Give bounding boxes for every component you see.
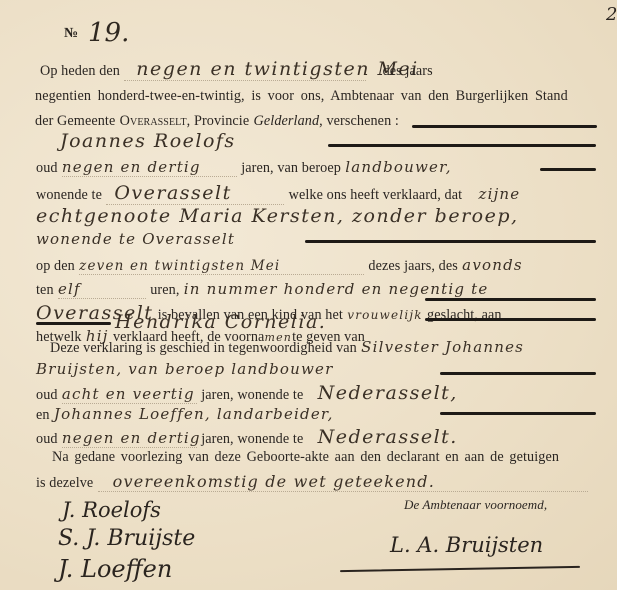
printed-text: Op heden den bbox=[40, 63, 120, 79]
handwritten-text: zijne bbox=[478, 185, 520, 203]
corner-mark: 2 bbox=[606, 4, 617, 25]
text-line-14: Deze verklaring is geschied in tegenwoor… bbox=[50, 338, 524, 357]
fill-rule bbox=[540, 168, 596, 171]
text-line-19: Na gedane voorlezing van deze Geboorte-a… bbox=[52, 449, 559, 466]
text-line-2: negentien honderd-twee-en-twintig, is vo… bbox=[35, 88, 568, 105]
mother-handwritten: echtgenoote Maria Kersten, zonder beroep… bbox=[36, 205, 519, 227]
printed-text: en bbox=[36, 407, 50, 423]
printed-text: oud bbox=[36, 160, 58, 176]
fill-rule bbox=[425, 318, 596, 321]
text-line-6: wonende te Overasselt welke ons heeft ve… bbox=[36, 182, 520, 205]
printed-text: jaren, van beroep bbox=[241, 160, 341, 176]
printed-text: oud bbox=[36, 431, 58, 447]
signature-witness1: S. J. Bruijste bbox=[58, 526, 195, 551]
witness2-residence: Nederasselt. bbox=[318, 426, 458, 448]
act-number: 19. bbox=[88, 18, 129, 48]
witness1-residence: Nederasselt, bbox=[318, 382, 458, 404]
fill-rule bbox=[440, 412, 596, 415]
text-line-8: wonende te Overasselt bbox=[36, 230, 235, 248]
text-line-1: Op heden den negen en twintigsten Mei de… bbox=[40, 58, 433, 81]
signature-witness2: J. Loeffen bbox=[58, 555, 172, 583]
text-line-20: is dezelve overeenkomstig de wet geteeke… bbox=[36, 472, 588, 492]
declarant-name: Joannes Roelofs bbox=[60, 130, 236, 152]
printed-text: dezes jaars, des bbox=[368, 258, 457, 274]
daytime-handwritten: avonds bbox=[462, 256, 523, 274]
fill-rule bbox=[425, 298, 596, 301]
mother-residence-handwritten: wonende te Overasselt bbox=[36, 230, 235, 248]
text-line-7: echtgenoote Maria Kersten, zonder beroep… bbox=[36, 205, 519, 227]
act-number-label: № bbox=[64, 26, 78, 42]
witness1-occupation: Bruijsten, van beroep landbouwer bbox=[36, 360, 333, 378]
address-handwritten: in nummer honderd en negentig te bbox=[184, 280, 489, 298]
text-line-16: oud acht en veertig jaren, wonende te Ne… bbox=[36, 382, 458, 404]
occupation-handwritten: landbouwer, bbox=[345, 158, 452, 176]
fill-rule bbox=[305, 240, 596, 243]
printed-text: uren, bbox=[150, 282, 179, 298]
witness1-age: acht en veertig bbox=[62, 385, 197, 404]
text-line-13: Hendrika Cornelia. bbox=[115, 311, 326, 333]
date-handwritten: negen en twintigsten Mei bbox=[124, 58, 366, 81]
printed-text: jaren, wonende te bbox=[201, 387, 303, 403]
child-name: Hendrika Cornelia. bbox=[115, 311, 326, 333]
printed-text: , verschenen : bbox=[319, 113, 399, 129]
printed-text: welke ons heeft verklaard, dat bbox=[289, 187, 463, 203]
witness1-handwritten: Silvester Johannes bbox=[361, 338, 524, 356]
printed-text: der Gemeente bbox=[35, 113, 115, 129]
fill-rule bbox=[36, 322, 111, 325]
text-line-15: Bruijsten, van beroep landbouwer bbox=[36, 360, 333, 378]
signing-statement: overeenkomstig de wet geteekend. bbox=[98, 472, 588, 492]
witness2-age: negen en dertig bbox=[62, 429, 197, 448]
text-line-5: oud negen en dertig jaren, van beroep la… bbox=[36, 158, 452, 177]
signature-official: L. A. Bruijsten bbox=[390, 533, 543, 557]
province: Gelderland bbox=[254, 113, 320, 129]
hour-handwritten: elf bbox=[58, 280, 146, 299]
printed-text: is dezelve bbox=[36, 475, 93, 491]
residence-handwritten: Overasselt bbox=[106, 182, 284, 205]
text-line-9: op den zeven en twintigsten Mei dezes ja… bbox=[36, 256, 523, 275]
birth-date-handwritten: zeven en twintigsten Mei bbox=[79, 258, 364, 275]
municipality: Overasselt bbox=[120, 113, 187, 129]
printed-text: , Provincie bbox=[187, 113, 250, 129]
text-line-18: oud negen en dertig jaren, wonende te Ne… bbox=[36, 426, 458, 448]
printed-text: wonende te bbox=[36, 187, 102, 203]
printed-text: oud bbox=[36, 387, 58, 403]
text-line-17: en Johannes Loeffen, landarbeider, bbox=[36, 405, 334, 424]
signature-declarant: J. Roelofs bbox=[62, 498, 161, 522]
age-handwritten: negen en dertig bbox=[62, 158, 237, 177]
fill-rule bbox=[328, 144, 596, 147]
fill-rule bbox=[412, 125, 597, 128]
printed-text: ten bbox=[36, 282, 54, 298]
printed-text: jaren, wonende te bbox=[201, 431, 303, 447]
sex-handwritten: vrouwelijk bbox=[347, 308, 423, 322]
printed-text: des jaars bbox=[383, 63, 433, 79]
printed-text: Deze verklaring is geschied in tegenwoor… bbox=[50, 340, 357, 356]
witness2-handwritten: Johannes Loeffen, landarbeider, bbox=[54, 405, 334, 423]
fill-rule bbox=[440, 372, 596, 375]
printed-text: op den bbox=[36, 258, 75, 274]
text-line-10: ten elf uren, in nummer honderd en negen… bbox=[36, 280, 488, 299]
official-label: De Ambtenaar voornoemd, bbox=[404, 497, 547, 513]
text-line-4: Joannes Roelofs bbox=[60, 130, 236, 152]
text-line-3: der Gemeente Overasselt, Provincie Gelde… bbox=[35, 113, 399, 130]
signature-flourish bbox=[340, 566, 580, 572]
